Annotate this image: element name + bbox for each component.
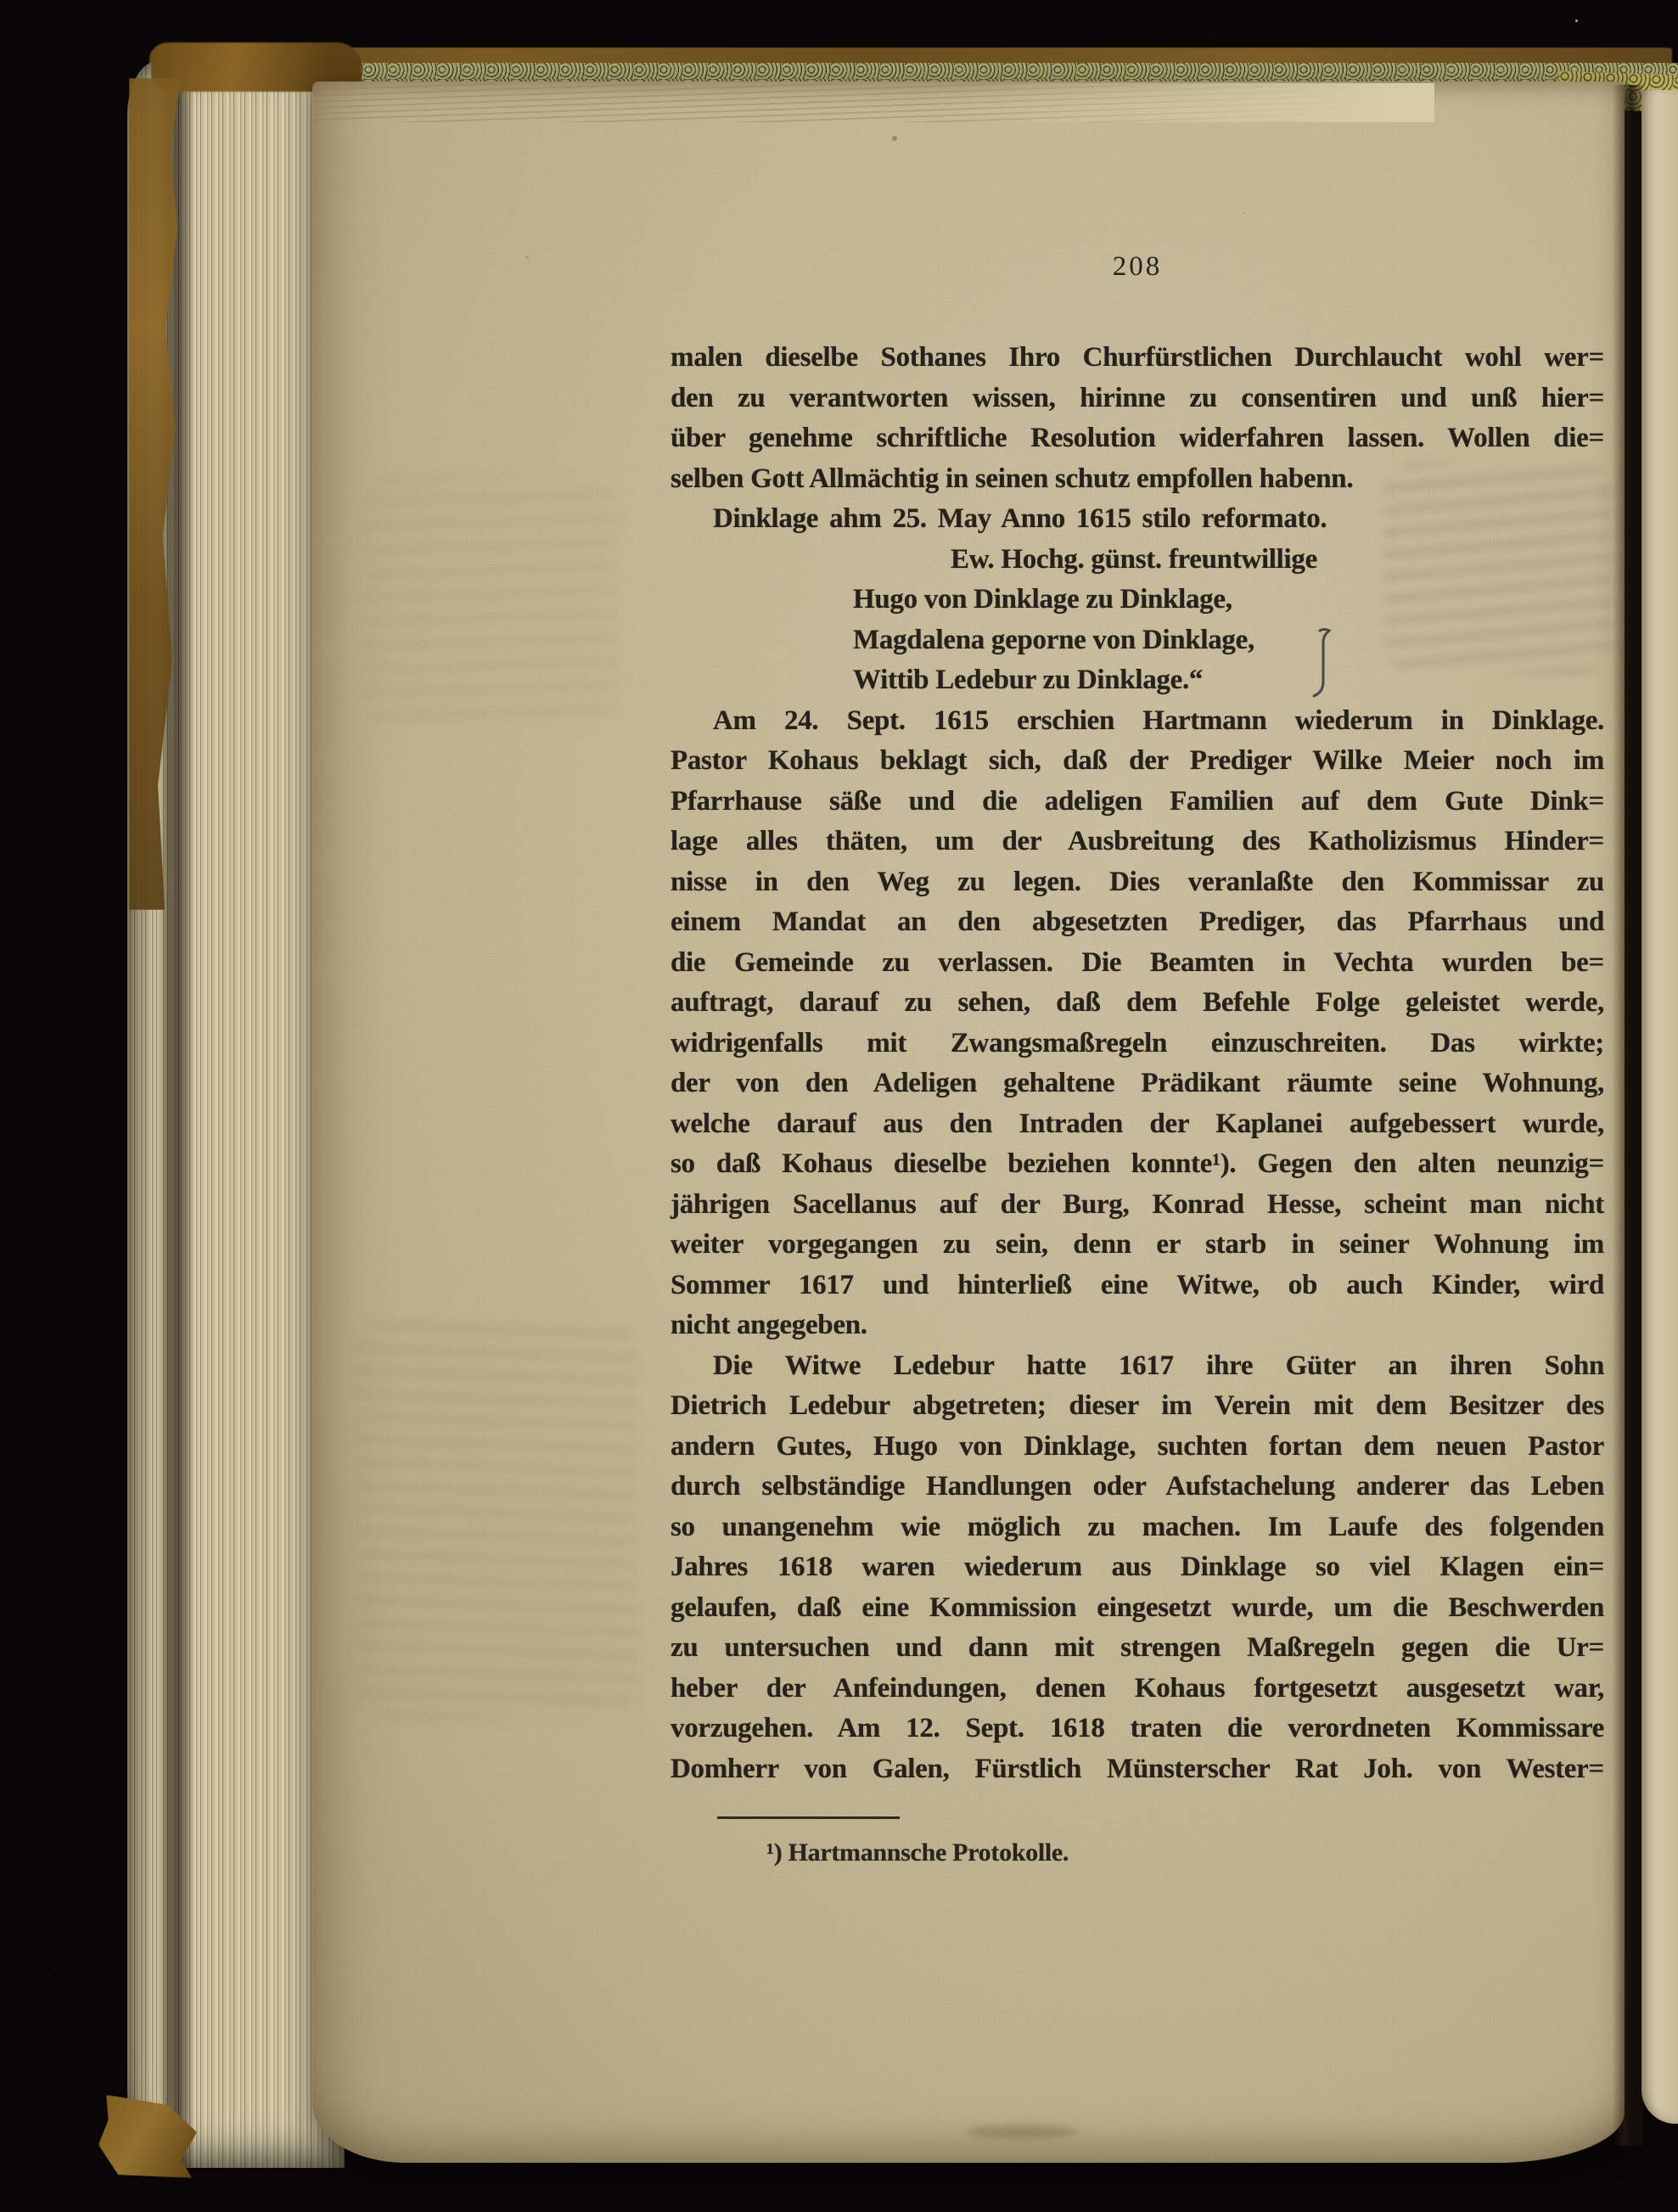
letter-signature: Magdalena geporne von Dinklage,	[853, 620, 1604, 661]
text-line: Dietrich Ledebur abgetreten; dieser im V…	[671, 1386, 1604, 1427]
text-line: nicht angegeben.	[671, 1305, 1604, 1346]
footnote: ¹) Hartmannsche Protokolle.	[671, 1833, 1604, 1873]
text-line: weiter vorgegangen zu sein, denn er star…	[671, 1225, 1604, 1266]
text-line: durch selbständige Handlungen oder Aufst…	[671, 1467, 1604, 1507]
text-line: so daß Kohaus dieselbe beziehen konnte¹)…	[671, 1144, 1604, 1185]
text-line: vorzugehen. Am 12. Sept. 1618 traten die…	[671, 1709, 1604, 1749]
letter-closing: Ew. Hochg. günst. freuntwillige	[951, 540, 1604, 581]
letter-signature: Hugo von Dinklage zu Dinklage,	[853, 580, 1604, 620]
text-line: lage alles thäten, um der Ausbreitung de…	[671, 822, 1604, 862]
text-line: widrigenfalls mit Zwangsmaßregeln einzus…	[671, 1024, 1604, 1064]
text-line: heber der Anfeindungen, denen Kohaus for…	[671, 1669, 1604, 1710]
text-line: der von den Adeligen gehaltene Prädikant…	[671, 1064, 1604, 1104]
handwritten-ink-mark	[1311, 628, 1333, 699]
ink-bleedthrough	[365, 475, 620, 730]
text-line: Sommer 1617 und hinterließ eine Witwe, o…	[671, 1266, 1604, 1306]
text-line: Am 24. Sept. 1615 erschien Hartmann wied…	[671, 701, 1604, 742]
letter-signature: Wittib Ledebur zu Dinklage.“	[853, 660, 1604, 701]
text-block: malen dieselbe Sothanes Ihro Churfürstli…	[671, 338, 1604, 1873]
ink-bleedthrough	[356, 1320, 637, 1719]
page-number: 208	[671, 251, 1604, 283]
letter-dateline: Dinklage ahm 25. May Anno 1615 stilo ref…	[671, 499, 1604, 540]
text-line: auftragt, darauf zu sehen, daß dem Befeh…	[671, 983, 1604, 1024]
text-line: einem Mandat an den abgesetzten Prediger…	[671, 902, 1604, 943]
text-line: so unangenehm wie möglich zu machen. Im …	[671, 1507, 1604, 1548]
text-line: den zu verantworten wissen, hirinne zu c…	[671, 379, 1604, 419]
text-line: Pastor Kohaus beklagt sich, daß der Pred…	[671, 741, 1604, 782]
page-top-edge-striations	[314, 83, 1434, 122]
text-line: nisse in den Weg zu legen. Dies veranlaß…	[671, 862, 1604, 903]
text-line: Domherr von Galen, Fürstlich Münstersche…	[671, 1749, 1604, 1790]
text-line: gelaufen, daß eine Kommission eingesetzt…	[671, 1588, 1604, 1629]
text-line: zu untersuchen und dann mit strengen Maß…	[671, 1628, 1604, 1669]
footnote-separator-rule	[717, 1816, 900, 1819]
text-line: welche darauf aus den Intraden der Kapla…	[671, 1104, 1604, 1145]
text-line: Pfarrhause säße und die adeligen Familie…	[671, 782, 1604, 822]
page-gutter-shadow	[1613, 85, 1643, 2146]
next-page-edge	[1642, 90, 1678, 2124]
text-line: jährigen Sacellanus auf der Burg, Konrad…	[671, 1185, 1604, 1226]
text-line: über genehme schriftliche Resolution wid…	[671, 418, 1604, 459]
text-line: selben Gott Allmächtig in seinen schutz …	[671, 459, 1604, 500]
text-line: Die Witwe Ledebur hatte 1617 ihre Güter …	[671, 1346, 1604, 1387]
text-line: andern Gutes, Hugo von Dinklage, suchten…	[671, 1427, 1604, 1468]
text-line: die Gemeinde zu verlassen. Die Beamten i…	[671, 943, 1604, 984]
text-line: malen dieselbe Sothanes Ihro Churfürstli…	[671, 338, 1604, 379]
foxing-spots	[0, 0, 5, 5]
paper-stain	[966, 2125, 1078, 2139]
text-line: Jahres 1618 waren wiederum aus Dinklage …	[671, 1547, 1604, 1588]
book-photo: 208 malen dieselbe Sothanes Ihro Churfür…	[0, 0, 1678, 2212]
